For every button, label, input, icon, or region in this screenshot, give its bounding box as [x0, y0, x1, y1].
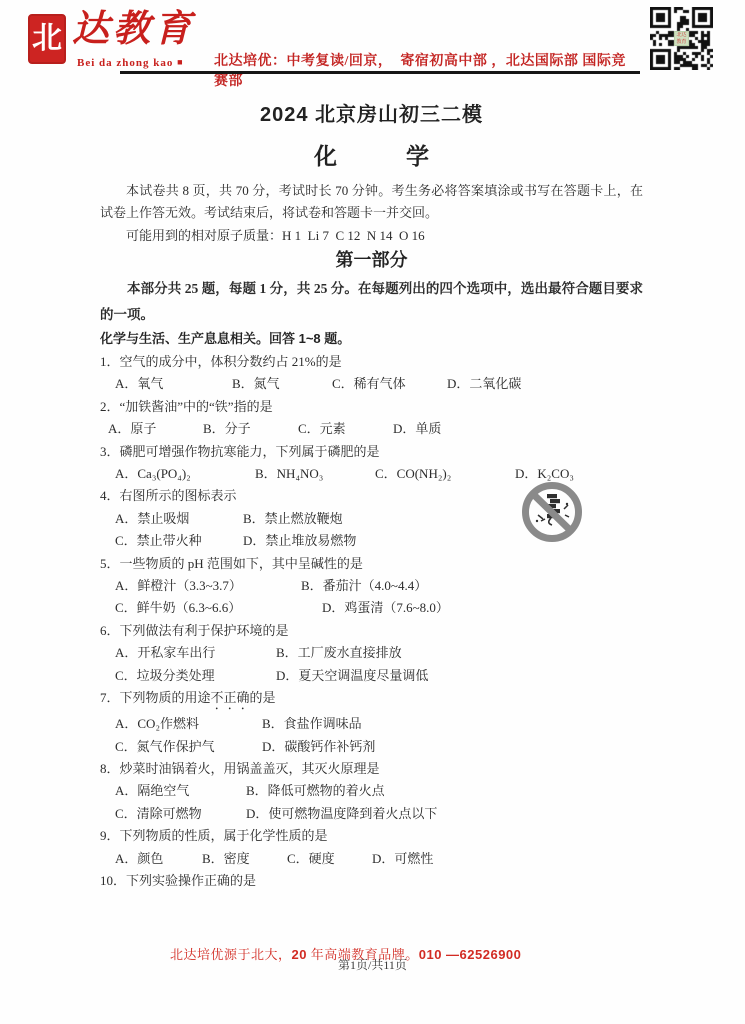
- option-row: C．清除可燃物D．使可燃物温度降到着火点以下: [100, 803, 643, 825]
- option: B．降低可燃物的着火点: [246, 780, 385, 802]
- option: A．氧气: [115, 373, 232, 395]
- option: D．鸡蛋清（7.6~8.0）: [322, 597, 449, 619]
- option: D．使可燃物温度降到着火点以下: [246, 803, 437, 825]
- option: C．稀有气体: [332, 373, 447, 395]
- option: A．开私家车出行: [115, 642, 276, 664]
- qr-code: 北达 教育: [650, 7, 713, 70]
- option: B．密度: [202, 848, 287, 870]
- option-row: C．鲜牛奶（6.3~6.6）D．鸡蛋清（7.6~8.0）: [100, 597, 643, 619]
- option: C．清除可燃物: [115, 803, 246, 825]
- question-stem: 8．炒菜时油锅着火，用锅盖盖灭，其灭火原理是: [100, 758, 643, 780]
- question-stem: 10．下列实验操作正确的是: [100, 870, 643, 892]
- option-row: A．氧气B．氮气C．稀有气体D．二氧化碳: [100, 373, 643, 395]
- question-stem: 7．下列物质的用途不正确的是: [100, 687, 643, 713]
- question-stem: 5．一些物质的 pH 范围如下，其中呈碱性的是: [100, 553, 643, 575]
- option: A．Ca₃(PO₄)₂: [115, 463, 255, 485]
- question-stem: 3．磷肥可增强作物抗寒能力，下列属于磷肥的是: [100, 441, 643, 463]
- option: B．番茄汁（4.0~4.4）: [301, 575, 427, 597]
- option: C．鲜牛奶（6.3~6.6）: [115, 597, 322, 619]
- option: D．夏天空调温度尽量调低: [276, 665, 428, 687]
- option: C．硬度: [287, 848, 372, 870]
- option: A．颜色: [115, 848, 202, 870]
- page-number: 第1页/共11页: [0, 956, 745, 973]
- option: C．元素: [298, 418, 393, 440]
- option: D．可燃性: [372, 848, 433, 870]
- exam-paper-page: 北 达教育 Bei da zhong kao ■ 北达培优：中考复读/回京， 寄…: [0, 0, 745, 1024]
- option-row: C．垃圾分类处理D．夏天空调温度尽量调低: [100, 665, 643, 687]
- option: B．氮气: [232, 373, 332, 395]
- topic-lead-line: 化学与生活、生产息息相关。回答 1~8 题。: [100, 328, 643, 350]
- exam-title: 2024 北京房山初三二模: [100, 103, 643, 127]
- option: C．CO(NH₂)₂: [375, 463, 515, 485]
- question-stem: 2．“加铁酱油”中的“铁”指的是: [100, 396, 643, 418]
- header-rule: [120, 71, 640, 74]
- option-row: C．氮气作保护气D．碳酸钙作补钙剂: [100, 736, 643, 758]
- option: B．NH₄NO₃: [255, 463, 375, 485]
- option: C．禁止带火种: [115, 530, 243, 552]
- emphasized-text: 不正确: [211, 690, 250, 705]
- option-row: A．原子B．分子C．元素D．单质: [100, 418, 643, 440]
- option: C．氮气作保护气: [115, 736, 262, 758]
- question-9: 9．下列物质的性质，属于化学性质的是 A．颜色B．密度C．硬度D．可燃性: [100, 825, 643, 870]
- option: B．禁止燃放鞭炮: [243, 508, 343, 530]
- option: D．二氧化碳: [447, 373, 521, 395]
- option: A．CO₂作燃料: [115, 713, 262, 735]
- option: D．碳酸钙作补钙剂: [262, 736, 375, 758]
- header-tagline: 北达培优：中考复读/回京， 寄宿初高中部 ，北达国际部 国际竞赛部: [214, 50, 634, 90]
- question-7: 7．下列物质的用途不正确的是 A．CO₂作燃料B．食盐作调味品 C．氮气作保护气…: [100, 687, 643, 758]
- exam-instructions: 本试卷共 8 页，共 70 分，考试时长 70 分钟。考生务必将答案填涂或书写在…: [100, 180, 643, 224]
- option-row: A．隔绝空气B．降低可燃物的着火点: [100, 780, 643, 802]
- question-2: 2．“加铁酱油”中的“铁”指的是 A．原子B．分子C．元素D．单质: [100, 396, 643, 441]
- option: B．分子: [203, 418, 298, 440]
- logo-seal: 北: [28, 14, 66, 64]
- option: C．垃圾分类处理: [115, 665, 276, 687]
- option: A．原子: [108, 418, 203, 440]
- logo-square-mark: ■: [177, 57, 183, 67]
- question-10: 10．下列实验操作正确的是: [100, 870, 643, 892]
- option-row: A．开私家车出行B．工厂废水直接排放: [100, 642, 643, 664]
- option: D．禁止堆放易燃物: [243, 530, 356, 552]
- question-4: 4．右图所示的图标表示 A．禁止吸烟B．禁止燃放鞭炮 C．禁止带火种D．禁止堆放…: [100, 485, 643, 552]
- question-6: 6．下列做法有利于保护环境的是 A．开私家车出行B．工厂废水直接排放 C．垃圾分…: [100, 620, 643, 687]
- question-5: 5．一些物质的 pH 范围如下，其中呈碱性的是 A．鲜橙汁（3.3~3.7）B．…: [100, 553, 643, 620]
- option-row: A．鲜橙汁（3.3~3.7）B．番茄汁（4.0~4.4）: [100, 575, 643, 597]
- section-title: 第一部分: [100, 247, 643, 273]
- no-fireworks-icon: [521, 481, 583, 543]
- option: D．单质: [393, 418, 441, 440]
- atomic-mass-line: 可能用到的相对原子质量：H 1 Li 7 C 12 N 14 O 16: [100, 224, 643, 247]
- question-stem: 1．空气的成分中，体积分数约占 21%的是: [100, 351, 643, 373]
- qr-center-logo: 北达 教育: [674, 31, 689, 46]
- logo-subtitle: Bei da zhong kao ■: [77, 57, 184, 69]
- option: A．禁止吸烟: [115, 508, 243, 530]
- option: B．食盐作调味品: [262, 713, 362, 735]
- question-1: 1．空气的成分中，体积分数约占 21%的是 A．氧气B．氮气C．稀有气体D．二氧…: [100, 351, 643, 396]
- option: A．鲜橙汁（3.3~3.7）: [115, 575, 301, 597]
- logo-brand-text: 达教育: [72, 8, 195, 52]
- option: B．工厂废水直接排放: [276, 642, 402, 664]
- logo-seal-char: 北: [32, 22, 62, 55]
- option-row: A．颜色B．密度C．硬度D．可燃性: [100, 848, 643, 870]
- exam-subject: 化 学: [100, 142, 643, 170]
- question-8: 8．炒菜时油锅着火，用锅盖盖灭，其灭火原理是 A．隔绝空气B．降低可燃物的着火点…: [100, 758, 643, 825]
- question-stem: 9．下列物质的性质，属于化学性质的是: [100, 825, 643, 847]
- question-3: 3．磷肥可增强作物抗寒能力，下列属于磷肥的是 A．Ca₃(PO₄)₂B．NH₄N…: [100, 441, 643, 486]
- question-stem: 6．下列做法有利于保护环境的是: [100, 620, 643, 642]
- exam-content: 2024 北京房山初三二模 化 学 本试卷共 8 页，共 70 分，考试时长 7…: [100, 103, 643, 892]
- option-row: A．CO₂作燃料B．食盐作调味品: [100, 713, 643, 735]
- option: A．隔绝空气: [115, 780, 246, 802]
- section-instruction: 本部分共 25 题，每题 1 分，共 25 分。在每题列出的四个选项中，选出最符…: [100, 276, 643, 328]
